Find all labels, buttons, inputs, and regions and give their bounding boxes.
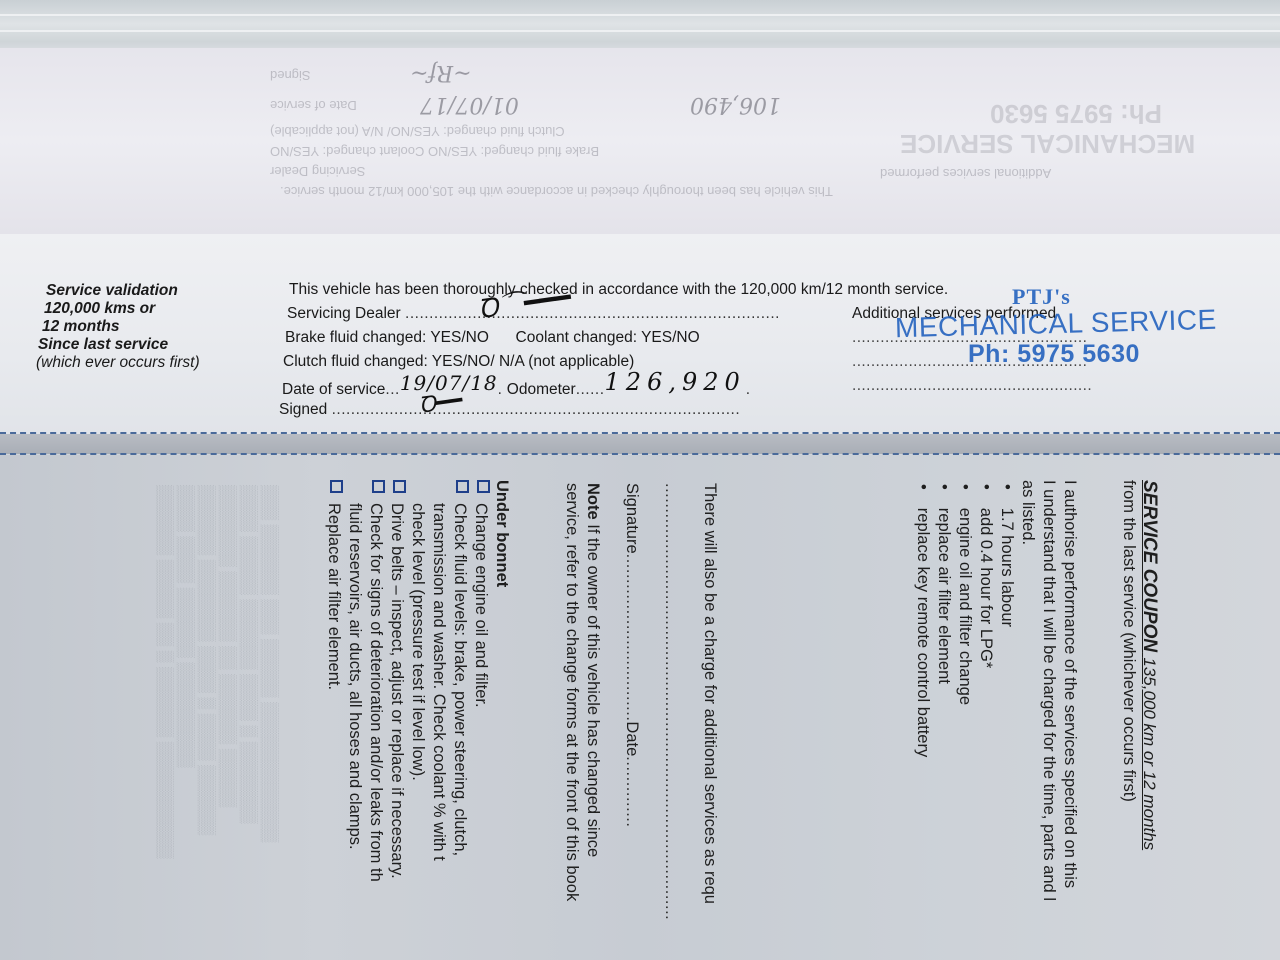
checklist-item-continued: transmission and washer. Check coolant %… bbox=[428, 480, 449, 882]
label-line: 120,000 kms or bbox=[36, 300, 200, 318]
service-item: engine oil and filter change bbox=[954, 480, 975, 901]
checklist-item: Drive belts – inspect, adjust or replace… bbox=[386, 480, 407, 882]
servicing-dealer-label: Servicing Dealer bbox=[287, 305, 401, 322]
label-line: Since last service bbox=[36, 336, 200, 354]
checkbox[interactable] bbox=[330, 480, 343, 493]
fluids-row: Brake fluid changed: YES/NO Coolant chan… bbox=[282, 326, 948, 350]
ghost-text: Signed bbox=[270, 68, 310, 83]
checkbox[interactable] bbox=[372, 480, 385, 493]
coolant-field[interactable]: Coolant changed: YES/NO bbox=[516, 329, 700, 346]
validation-label: Service validation 120,000 kms or 12 mon… bbox=[36, 282, 200, 372]
signature-field[interactable]: ................................. bbox=[623, 554, 641, 722]
torn-edge bbox=[0, 434, 1280, 454]
signed-field[interactable]: ........................................… bbox=[332, 401, 741, 418]
ghost-text: Brake fluid changed: YES/NO Coolant chan… bbox=[270, 144, 599, 159]
note-line: service, refer to the change forms at th… bbox=[561, 483, 582, 920]
signed-row: Signed .................................… bbox=[279, 398, 948, 422]
under-bonnet-heading: Under bonnet bbox=[491, 480, 512, 882]
service-item: add 0.4 hour for LPG* bbox=[975, 480, 996, 901]
coupon-subtitle: from the last service (whichever occurs … bbox=[1118, 480, 1139, 850]
odometer-value[interactable]: 126,920 bbox=[605, 368, 746, 396]
additional-charge-text: There will also be a charge for addition… bbox=[699, 483, 720, 920]
label-line: (which ever occurs first) bbox=[36, 354, 200, 372]
ghost-text: Date of service bbox=[270, 98, 357, 113]
intro-text: This vehicle has been thoroughly checked… bbox=[289, 281, 948, 298]
clutch-fluid-field[interactable]: Clutch fluid changed: YES/NO/ N/A (not a… bbox=[283, 353, 634, 370]
signature-label: Signature bbox=[623, 483, 641, 554]
brake-fluid-field[interactable]: Brake fluid changed: YES/NO bbox=[285, 329, 489, 346]
signature-date-row: Signature...............................… bbox=[621, 483, 642, 920]
authorise-line: I authorise performance of the services … bbox=[1059, 480, 1080, 901]
date-field[interactable]: .............. bbox=[623, 756, 641, 827]
note-line: Note If the owner of this vehicle has ch… bbox=[582, 483, 603, 920]
stamp-phone: Ph: 5975 5630 bbox=[968, 340, 1140, 369]
checkbox[interactable] bbox=[477, 480, 490, 493]
service-item: replace key remote control battery bbox=[912, 480, 933, 901]
ghost-text: Servicing Dealer bbox=[270, 164, 365, 179]
page-edge bbox=[0, 30, 1280, 32]
authorise-line: I understand that I will be charged for … bbox=[1038, 480, 1059, 901]
checkbox[interactable] bbox=[456, 480, 469, 493]
ghost-stamp-phone: Ph: 5975 5630 bbox=[990, 98, 1162, 129]
signed-label: Signed bbox=[279, 401, 327, 418]
service-validation-section: Service validation 120,000 kms or 12 mon… bbox=[0, 234, 1280, 434]
intro-line: This vehicle has been thoroughly checked… bbox=[282, 278, 948, 302]
additional-line[interactable]: ........................................… bbox=[852, 374, 1092, 398]
checklist-item-continued: fluid reservoirs, air ducts, all hoses a… bbox=[344, 480, 365, 882]
additional-charge-line[interactable]: ........................................… bbox=[660, 483, 681, 920]
checkbox[interactable] bbox=[393, 480, 406, 493]
label-line: Service validation bbox=[36, 282, 200, 300]
ghost-date: 01/07/17 bbox=[420, 92, 519, 117]
service-coupon-135000: SERVICE COUPON 135,000 km or 12 months f… bbox=[0, 455, 1280, 960]
date-odometer-row: Date of service...19/07/18. Odometer....… bbox=[282, 374, 948, 398]
authorise-line: as listed. bbox=[1017, 480, 1038, 901]
under-bonnet-block: Under bonnet Change engine oil and filte… bbox=[323, 480, 512, 882]
page-edge bbox=[0, 14, 1280, 16]
validation-form: This vehicle has been thoroughly checked… bbox=[282, 278, 948, 422]
authorise-block: I authorise performance of the services … bbox=[912, 480, 1080, 901]
service-item: 1.7 hours labour bbox=[996, 480, 1017, 901]
date-label: Date of service bbox=[282, 381, 385, 398]
checklist-item: Check fluid levels: brake, power steerin… bbox=[449, 480, 470, 882]
ghost-text: This vehicle has been thoroughly checked… bbox=[280, 184, 833, 199]
ghost-text: Additional services performed bbox=[880, 166, 1051, 181]
label-line: 12 months bbox=[36, 318, 200, 336]
servicing-dealer-row: Servicing Dealer .......................… bbox=[282, 302, 948, 326]
stamp-business-name: PTJ's bbox=[1012, 284, 1071, 310]
service-item: replace air filter element bbox=[933, 480, 954, 901]
previous-coupon-backside: Signed ~Rf~ Date of service 01/07/17 106… bbox=[0, 48, 1280, 236]
ghost-show-through: ▒▒▒ ▒▒▒▒▒▒ ▒▒▒ ▒▒▒▒▒ ▒▒▒▒▒▒▒▒▒▒▒▒ ▒▒▒▒ ▒… bbox=[154, 485, 280, 859]
coupon-title-block: SERVICE COUPON 135,000 km or 12 months f… bbox=[1118, 480, 1160, 850]
ghost-odometer: 106,490 bbox=[690, 92, 781, 117]
coupon-title: SERVICE COUPON 135,000 km or 12 months bbox=[1139, 480, 1160, 850]
checklist-item: Replace air filter element. bbox=[323, 480, 344, 882]
checklist-item-continued: check level (pressure test if level low)… bbox=[407, 480, 428, 882]
date-label: Date bbox=[623, 721, 641, 756]
ghost-stamp: MECHANICAL SERVICE bbox=[900, 128, 1195, 159]
ghost-signature: ~Rf~ bbox=[410, 60, 472, 85]
additional-charge-block: There will also be a charge for addition… bbox=[561, 483, 720, 920]
servicing-dealer-field[interactable]: ........................................… bbox=[405, 305, 780, 322]
odometer-label: Odometer bbox=[507, 381, 576, 398]
checklist-item: Check for signs of deterioration and/or … bbox=[365, 480, 386, 882]
checklist-item: Change engine oil and filter. bbox=[470, 480, 491, 882]
ghost-text: Clutch fluid changed: YES/NO/ N/A (not a… bbox=[270, 124, 565, 139]
